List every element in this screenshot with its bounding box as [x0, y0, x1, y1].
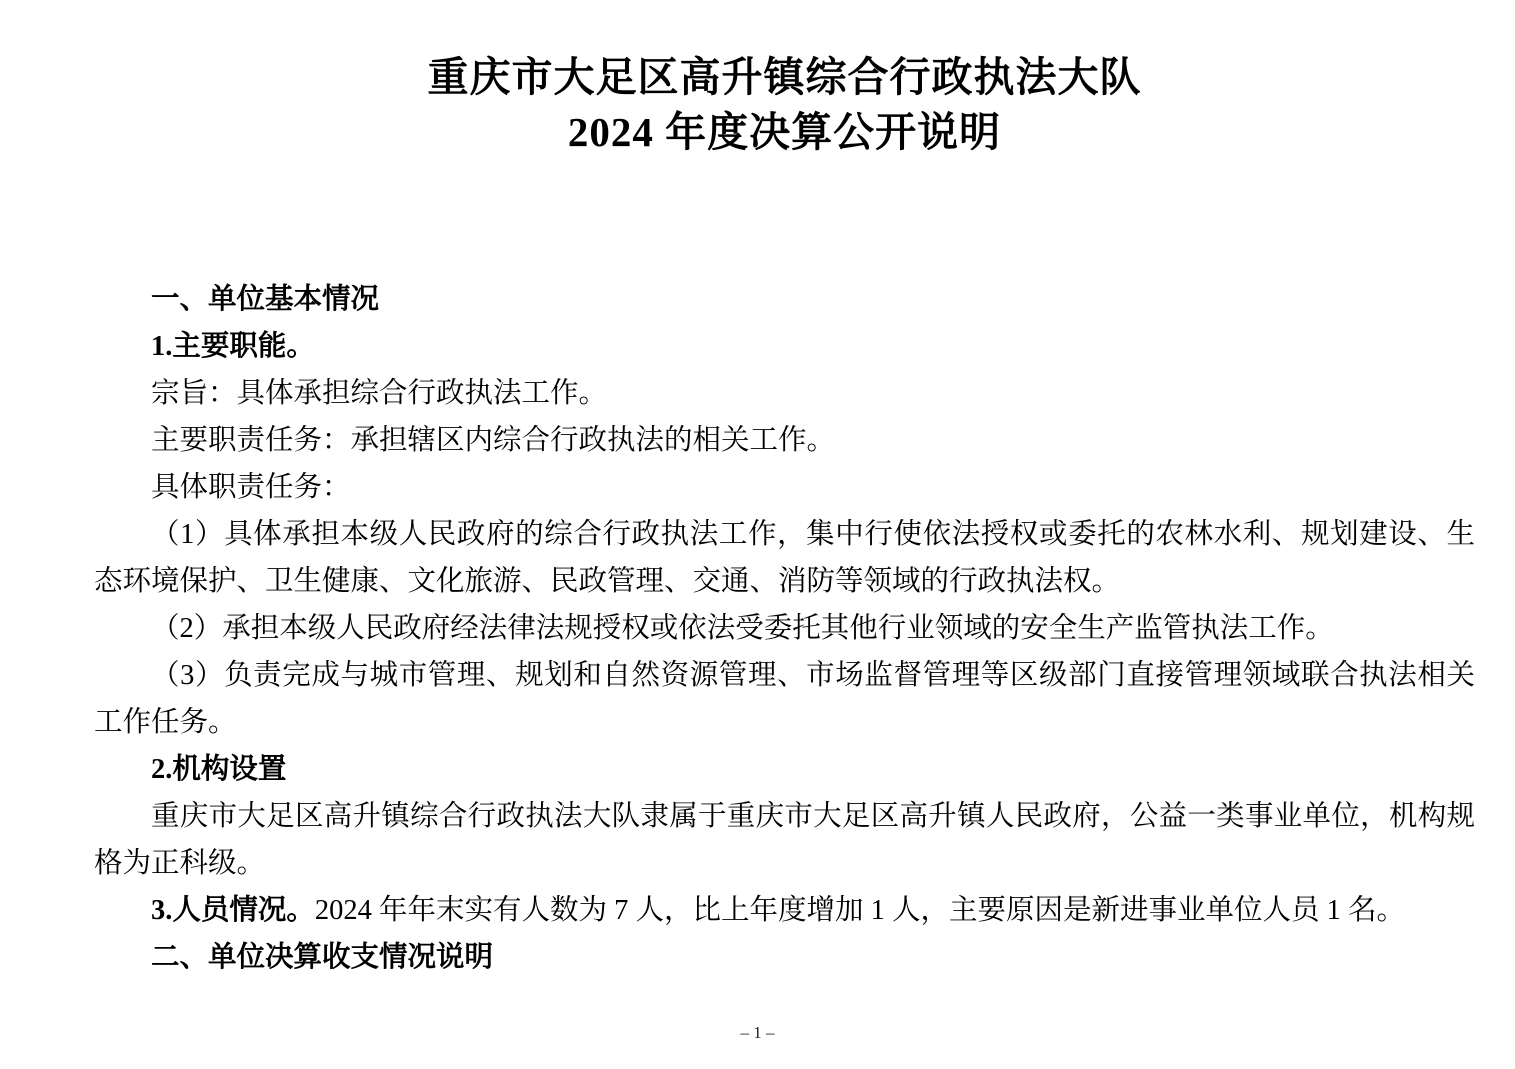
item-heading-personnel: 3.人员情况。 [151, 895, 315, 926]
paragraph-personnel-text: 2024 年年末实有人数为 7 人，比上年度增加 1 人，主要原因是新进事业单位… [315, 895, 1405, 926]
paragraph-purpose: 宗旨：具体承担综合行政执法工作。 [94, 370, 1475, 417]
title-line-2: 2024 年度决算公开说明 [94, 105, 1475, 160]
paragraph-personnel: 3.人员情况。2024 年年末实有人数为 7 人，比上年度增加 1 人，主要原因… [94, 887, 1475, 934]
document-title: 重庆市大足区高升镇综合行政执法大队 2024 年度决算公开说明 [94, 50, 1475, 160]
paragraph-specific-duties-label: 具体职责任务： [94, 464, 1475, 511]
paragraph-duty-2: （2）承担本级人民政府经法律法规授权或依法受委托其他行业领域的安全生产监管执法工… [94, 605, 1475, 652]
item-heading-organization: 2.机构设置 [94, 746, 1475, 793]
item-heading-main-functions: 1.主要职能。 [94, 323, 1475, 370]
section-heading-budget-statement: 二、单位决算收支情况说明 [94, 934, 1475, 981]
title-line-1: 重庆市大足区高升镇综合行政执法大队 [94, 50, 1475, 105]
page-number: – 1 – [0, 1023, 1515, 1043]
document-content: 重庆市大足区高升镇综合行政执法大队 2024 年度决算公开说明 一、单位基本情况… [0, 0, 1515, 981]
document-page: 重庆市大足区高升镇综合行政执法大队 2024 年度决算公开说明 一、单位基本情况… [0, 0, 1515, 1069]
section-heading-basic-info: 一、单位基本情况 [94, 276, 1475, 323]
paragraph-duty-3: （3）负责完成与城市管理、规划和自然资源管理、市场监督管理等区级部门直接管理领域… [94, 652, 1475, 746]
paragraph-main-duties: 主要职责任务：承担辖区内综合行政执法的相关工作。 [94, 417, 1475, 464]
paragraph-organization: 重庆市大足区高升镇综合行政执法大队隶属于重庆市大足区高升镇人民政府，公益一类事业… [94, 793, 1475, 887]
document-body: 一、单位基本情况 1.主要职能。 宗旨：具体承担综合行政执法工作。 主要职责任务… [94, 276, 1475, 981]
paragraph-duty-1: （1）具体承担本级人民政府的综合行政执法工作，集中行使依法授权或委托的农林水利、… [94, 511, 1475, 605]
